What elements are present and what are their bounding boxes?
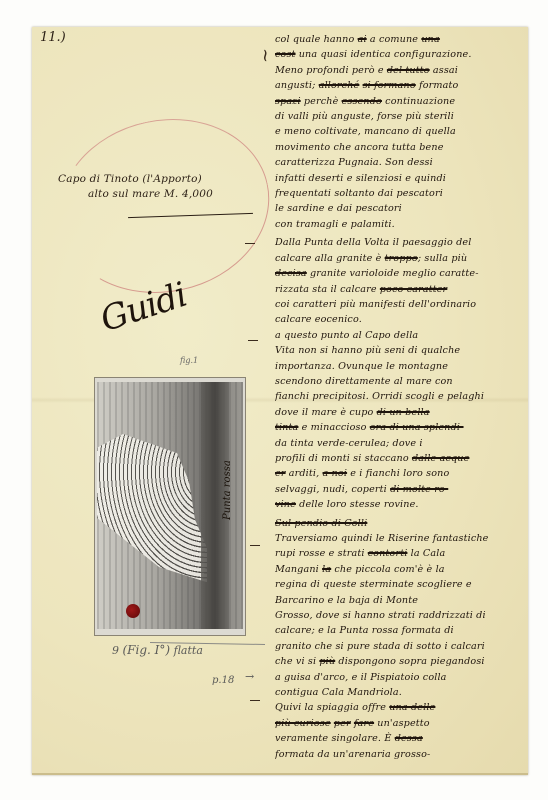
caption-line-2: alto sul mare M. 4,000 [58,187,268,202]
signature-subnote: fig.1 [180,356,198,365]
line-text: frequentati soltanto dai pescatori [275,188,443,199]
line-text: rizzata sta il calcare [275,284,380,295]
line-text: Meno profondi però e [275,65,387,76]
manuscript-line: formata da un'arenaria grosso- [275,747,525,762]
line-text: profili di monti si staccano [275,453,412,464]
line-text: una quasi identica configurazione. [296,49,472,60]
line-text: col quale hanno [275,34,358,45]
manuscript-line: scendono direttamente al mare con [275,374,525,389]
line-text: a comune [367,34,422,45]
manuscript-line: importanza. Ovunque le montagne [275,359,525,374]
manuscript-line: cost una quasi identica configurazione. [275,47,525,62]
struck-word: più [319,656,335,667]
drawing-label: Punta rossa [222,460,233,520]
manuscript-line: contigua Cala Mandriola. [275,685,525,700]
struck-word: cost [275,49,296,60]
figure-ref: (Fig. I°) [123,643,171,657]
manuscript-line: caratterizza Pugnaia. Son dessi [275,155,525,170]
struck-word: contorti [368,548,408,559]
line-text: selvaggi, nudi, coperti [275,484,390,495]
line-text: calcare; e la Punta rossa formata di [275,625,454,636]
manuscript-line: decisa granite varioloide meglio caratte… [275,266,525,281]
page-reference: p.18 [212,675,234,686]
manuscript-line: regina di queste sterminate scogliere e [275,577,525,592]
struck-word: dessa [395,733,423,744]
line-text: e minaccioso [298,422,369,433]
manuscript-line: rizzata sta il calcare poco caratter [275,282,525,297]
manuscript-line: calcare alla granite è troppo; sulla più [275,251,525,266]
manuscript-line: tinta e minaccioso ora di una splendi- [275,420,525,435]
manuscript-line: Sul pendio di Colli [275,516,525,531]
manuscript-line: Mangani la che piccola com'è è la [275,562,525,577]
pencil-word: flatta [174,644,203,657]
line-text: un'aspetto [374,718,430,729]
manuscript-line: Barcarino e la baja di Monte [275,593,525,608]
manuscript-line: a questo punto al Capo della [275,328,525,343]
struck-word: er [275,468,286,479]
line-text: continuazione [382,96,455,107]
line-text: che piccola com'è è la [331,564,444,575]
manuscript-line: dove il mare è cupo di un bella [275,405,525,420]
struck-word: vine [275,499,296,510]
line-text: regina di queste sterminate scogliere e [275,579,472,590]
line-text: Vita non si hanno più seni di qualche [275,345,460,356]
manuscript-body: col quale hanno ai a comune unacost una … [275,32,525,762]
manuscript-line: angusti; allorché si formano formato [275,78,525,93]
struck-word: una delle [389,702,435,713]
struck-word: essendo [342,96,382,107]
line-text: che vi si [275,656,319,667]
line-text: scendono direttamente al mare con [275,376,453,387]
line-text: dove il mare è cupo [275,407,377,418]
line-text: caratterizza Pugnaia. Son dessi [275,157,433,168]
line-text: Quivi la spiaggia offre [275,702,389,713]
line-text: formata da un'arenaria grosso- [275,749,430,760]
manuscript-line: e meno coltivate, mancano di quella [275,124,525,139]
line-text: e meno coltivate, mancano di quella [275,126,456,137]
line-text: fianchi precipitosi. Orridi scogli e pel… [275,391,484,402]
line-text: angusti; [275,80,319,91]
manuscript-line: Quivi la spiaggia offre una delle [275,700,525,715]
line-text: granite varioloide meglio caratte- [307,268,479,279]
red-wax-seal-icon [126,604,140,618]
struck-word: ai [358,34,367,45]
manuscript-line: infatti deserti e silenziosi e quindi [275,171,525,186]
margin-dash [250,700,260,701]
margin-dash [248,340,258,341]
struck-word: Sul pendio di Colli [275,518,367,529]
manuscript-line: movimento che ancora tutta bene [275,140,525,155]
manuscript-line: Grosso, dove si hanno strati raddrizzati… [275,608,525,623]
manuscript-line: vine delle loro stesse rovine. [275,497,525,512]
line-text: coi caratteri più manifesti dell'ordinar… [275,299,476,310]
line-text: granito che si pure stada di sotto i cal… [275,641,485,652]
manuscript-line: Traversiamo quindi le Riserine fantastic… [275,531,525,546]
manuscript-line: fianchi precipitosi. Orridi scogli e pel… [275,389,525,404]
manuscript-line: profili di monti si staccano dalle acque [275,451,525,466]
line-text: delle loro stesse rovine. [296,499,419,510]
struck-word: dalle acque [412,453,469,464]
line-text: importanza. Ovunque le montagne [275,361,448,372]
line-text: arditi, [286,468,323,479]
struck-word: ora di una splendi- [370,422,464,433]
struck-word: troppo [385,253,418,264]
manuscript-line: da tinta verde-cerulea; dove i [275,436,525,451]
manuscript-line: Meno profondi però e del tutto assai [275,63,525,78]
line-text: assai [430,65,458,76]
line-text: Dalla Punta della Volta il paesaggio del [275,237,471,248]
pencil-number: 9 [112,644,119,657]
struck-word: di molte ro- [390,484,448,495]
manuscript-line: coi caratteri più manifesti dell'ordinar… [275,297,525,312]
manuscript-line: con tramagli e palamiti. [275,217,525,232]
arrow-right-icon: → [245,670,254,683]
struck-word: la [322,564,331,575]
manuscript-line: calcare; e la Punta rossa formata di [275,623,525,638]
line-text: Barcarino e la baja di Monte [275,595,418,606]
margin-dash [250,545,260,546]
manuscript-line: che vi si più dispongono sopra piegandos… [275,654,525,669]
manuscript-line: Vita non si hanno più seni di qualche [275,343,525,358]
circle-caption: Capo di Tinoto (l'Apporto) alto sul mare… [58,172,268,202]
manuscript-line: di valli più anguste, forse più sterili [275,109,525,124]
line-text: perchè [301,96,342,107]
struck-word: spazi [275,96,301,107]
struck-word: tinta [275,422,298,433]
struck-word: allorché [319,80,360,91]
manuscript-line: calcare eocenico. [275,312,525,327]
line-text: infatti deserti e silenziosi e quindi [275,173,446,184]
manuscript-line: le sardine e dai pescatori [275,201,525,216]
manuscript-line: col quale hanno ai a comune una [275,32,525,47]
line-text: da tinta verde-cerulea; dove i [275,438,423,449]
manuscript-line: selvaggi, nudi, coperti di molte ro- [275,482,525,497]
manuscript-line: er arditi, a noi e i fianchi loro sono [275,466,525,481]
manuscript-line: Dalla Punta della Volta il paesaggio del [275,235,525,250]
line-text: a questo punto al Capo della [275,330,418,341]
line-text: Grosso, dove si hanno strati raddrizzati… [275,610,486,621]
struck-word: del tutto [387,65,430,76]
struck-word: poco caratter [380,284,447,295]
manuscript-line: granito che si pure stada di sotto i cal… [275,639,525,654]
manuscript-line: rupi rosse e strati contorti la Cala [275,546,525,561]
line-text: calcare eocenico. [275,314,362,325]
line-text: Traversiamo quindi le Riserine fantastic… [275,533,489,544]
line-text: calcare alla granite è [275,253,385,264]
margin-dash [245,243,255,244]
struck-word: una [421,34,440,45]
line-text: ; sulla più [418,253,467,264]
struck-word: più curiose [275,718,331,729]
struck-word: decisa [275,268,307,279]
struck-word: di un bella [377,407,430,418]
line-text: Mangani [275,564,322,575]
line-text: e i fianchi loro sono [347,468,449,479]
struck-word: fare [354,718,374,729]
line-text: di valli più anguste, forse più sterili [275,111,454,122]
line-text: contigua Cala Mandriola. [275,687,402,698]
line-text: a guisa d'arco, e il Pispiatoio colla [275,672,447,683]
manuscript-line: più curiose per fare un'aspetto [275,716,525,731]
page-number: 11.) [40,30,66,45]
margin-wiggle-mark: ~ [255,48,276,63]
line-text: rupi rosse e strati [275,548,368,559]
line-text: formato [416,80,459,91]
line-text: la Cala [407,548,445,559]
manuscript-line: a guisa d'arco, e il Pispiatoio colla [275,670,525,685]
manuscript-line: veramente singolare. È dessa [275,731,525,746]
manuscript-line: spazi perchè essendo continuazione [275,94,525,109]
line-text: veramente singolare. È [275,733,395,744]
struck-word: a noi [323,468,348,479]
line-text: movimento che ancora tutta bene [275,142,444,153]
struck-word: per [334,718,351,729]
folded-strata [97,434,207,624]
caption-line-1: Capo di Tinoto (l'Apporto) [58,172,268,187]
line-text: le sardine e dai pescatori [275,203,402,214]
line-text: dispongono sopra piegandosi [335,656,484,667]
struck-word: si formano [363,80,416,91]
manuscript-line: frequentati soltanto dai pescatori [275,186,525,201]
pencil-note: 9 (Fig. I°) flatta [112,643,203,657]
line-text: con tramagli e palamiti. [275,219,395,230]
